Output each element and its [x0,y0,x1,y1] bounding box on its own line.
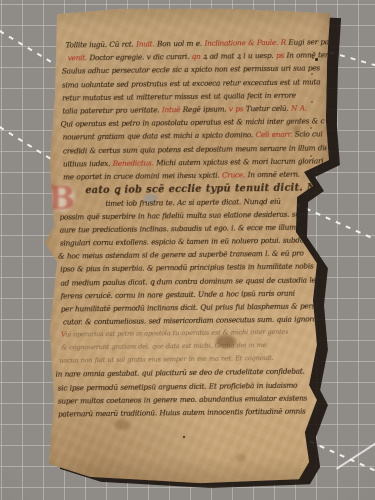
body-text: uacua non fuit ut sol gratia eius semper… [59,354,273,365]
text-line: super multos coetaneos in genere meo. ab… [58,393,322,405]
body-text: aure tue predicationis inclinas. subaudi… [60,223,296,235]
manuscript-leaf: B Tollite iugū. Cū rct. Inuit. Bon uol m… [40,5,340,485]
text-line: paternarū mearū traditionū. Huius autem … [58,406,322,418]
body-text: Eugi ser paule. [288,37,329,47]
body-text: Tuetur celū. [246,104,291,114]
body-text: ferens ceruicē. cornu in nare gestauit. … [61,289,295,301]
body-text: Doctor egregie. v dic curari. [89,52,191,62]
body-text: Bon uol m e. [157,39,205,49]
rubric-text: Celi enarr. [256,130,295,139]
body-text: ꝝ ad mat ꝝ i u uesp. [203,51,276,61]
body-text: & hoc meius ostendam si de genere ad sup… [58,249,304,261]
text-line: Vui operarius est petro in apostola tu o… [61,327,325,338]
text-line: aure tue predicationis inclinas. subaudi… [60,222,324,234]
body-text: retur mutatus est ut mitteretur missus e… [62,91,296,103]
rubric-text: venit. [68,53,90,62]
text-line: talia pateretur pro ueritate. Intuē Regē… [62,103,326,115]
text-line: & cognouerunt gratiam dei. que data est … [61,340,325,351]
text-line: uitiuus iudex. Benedictus. Michi autem x… [63,156,327,168]
body-text: possim quē superbire in hac fideliū mult… [60,210,305,222]
rubric-text: Inuit. [136,39,157,48]
rubric-text: qn [192,52,204,61]
body-text: Tollite iugū. Cū rct. [65,40,136,50]
body-text: Regē ipsum. [183,105,229,115]
text-line: eato ꝗ iob scē ecclie typū tenuit dicit.… [85,182,315,196]
text-line: me oportet in cruce domini mei ihesu xpi… [63,169,327,181]
text-line: credidi & certus sum quia potens est dep… [63,143,327,155]
body-text: uitiuus iudex. [63,159,113,169]
rubric-text: v ps [229,104,246,113]
text-line: venit. Doctor egregie. v dic curari. qn … [68,50,332,63]
text-line: uacua non fuit ut sol gratia eius semper… [59,353,323,364]
body-text: ui operarius est petro in apostola tu op… [65,328,288,339]
body-text: paternarū mearū traditionū. Huius autem … [58,407,306,419]
body-text: timet iob frustra te. Ac si aperte dicat… [105,197,280,208]
text-line: ipso & pius in superbia. & permodū princ… [60,261,324,273]
body-text: talia pateretur pro ueritate. [62,105,162,115]
body-text: & cognouerunt gratiam dei. que data est … [61,341,266,352]
rubric-text: Inclinatione & Paule. R [204,38,288,48]
text-line: Tollite iugū. Cū rct. Inuit. Bon uol m e… [65,37,329,49]
text-line: per humilitatē permodū inclinans dicit. … [61,301,325,313]
text-line: Saulus adhuc persecutor eccle sic a xpic… [62,63,326,75]
body-text: eato ꝗ iob scē ecclie typū tenuit dicit.… [85,182,315,196]
body-text: cutor. & contumeliosus. sed misericordia… [63,314,327,326]
body-text: ad medium paulus dicat. ꝗ dum contra dom… [60,275,324,287]
text-line: retur mutatus est ut mitteretur missus e… [62,90,326,102]
body-text: sic ipse permodū semetipsū arguens dicit… [58,381,298,393]
text-line: Qui operatus est petro in apostolatu ope… [60,116,324,128]
body-text: singulari cornu extollens. espicio & tam… [60,236,304,248]
text-line: ad medium paulus dicat. ꝗ dum contra dom… [60,275,324,287]
body-text: In omnē etern. [248,170,300,180]
text-line: ferens ceruicē. cornu in nare gestauit. … [61,288,325,300]
text-line: nouerunt gratiam que data est michi a xp… [63,129,327,141]
body-text: per humilitatē permodū inclinans dicit. … [61,301,320,313]
rubric-text: Intuē [162,105,183,114]
text-line: sima uoluntate sed prostratus est ut exc… [62,77,326,89]
rubric-text: Benedictus. [113,158,156,168]
body-text: credidi & certus sum quia potens est dep… [63,143,327,155]
body-text: Michi autem xpictus est & mori lucrum gl… [156,156,323,167]
body-text: super multos coetaneos in genere meo. ab… [58,394,307,406]
text-block: Tollite iugū. Cū rct. Inuit. Bon uol m e… [37,3,343,487]
text-line: cutor. & contumeliosus. sed misericordia… [63,314,327,326]
text-line: in nare omnia gestabat. qui placiturū se… [56,366,320,378]
body-text: Scio cui [295,129,323,138]
body-text: nouerunt gratiam que data est michi a xp… [63,130,256,141]
body-text: In omnē terram. [286,50,331,60]
body-text: me oportet in cruce domini mei ihesu xpi… [63,171,222,182]
rubric-text: Cruce. [222,170,248,179]
body-text: in nare omnia gestabat. qui placiturū se… [56,367,305,379]
body-text: sima uoluntate sed prostratus est ut exc… [62,77,320,89]
text-line: singulari cornu extollens. espicio & tam… [60,235,324,247]
rubric-text: ps [276,51,287,60]
body-text: Qui operatus est petro in apostolatu ope… [60,116,324,128]
body-text: Saulus adhuc persecutor eccle sic a xpic… [62,63,320,75]
text-line: & hoc meius ostendam si de genere ad sup… [58,248,322,260]
rubric-text: N A. [291,104,307,113]
text-line: possim quē superbire in hac fideliū mult… [60,209,324,221]
body-text: ipso & pius in superbia. & permodū princ… [60,261,313,273]
text-line: sic ipse permodū semetipsū arguens dicit… [58,380,322,392]
